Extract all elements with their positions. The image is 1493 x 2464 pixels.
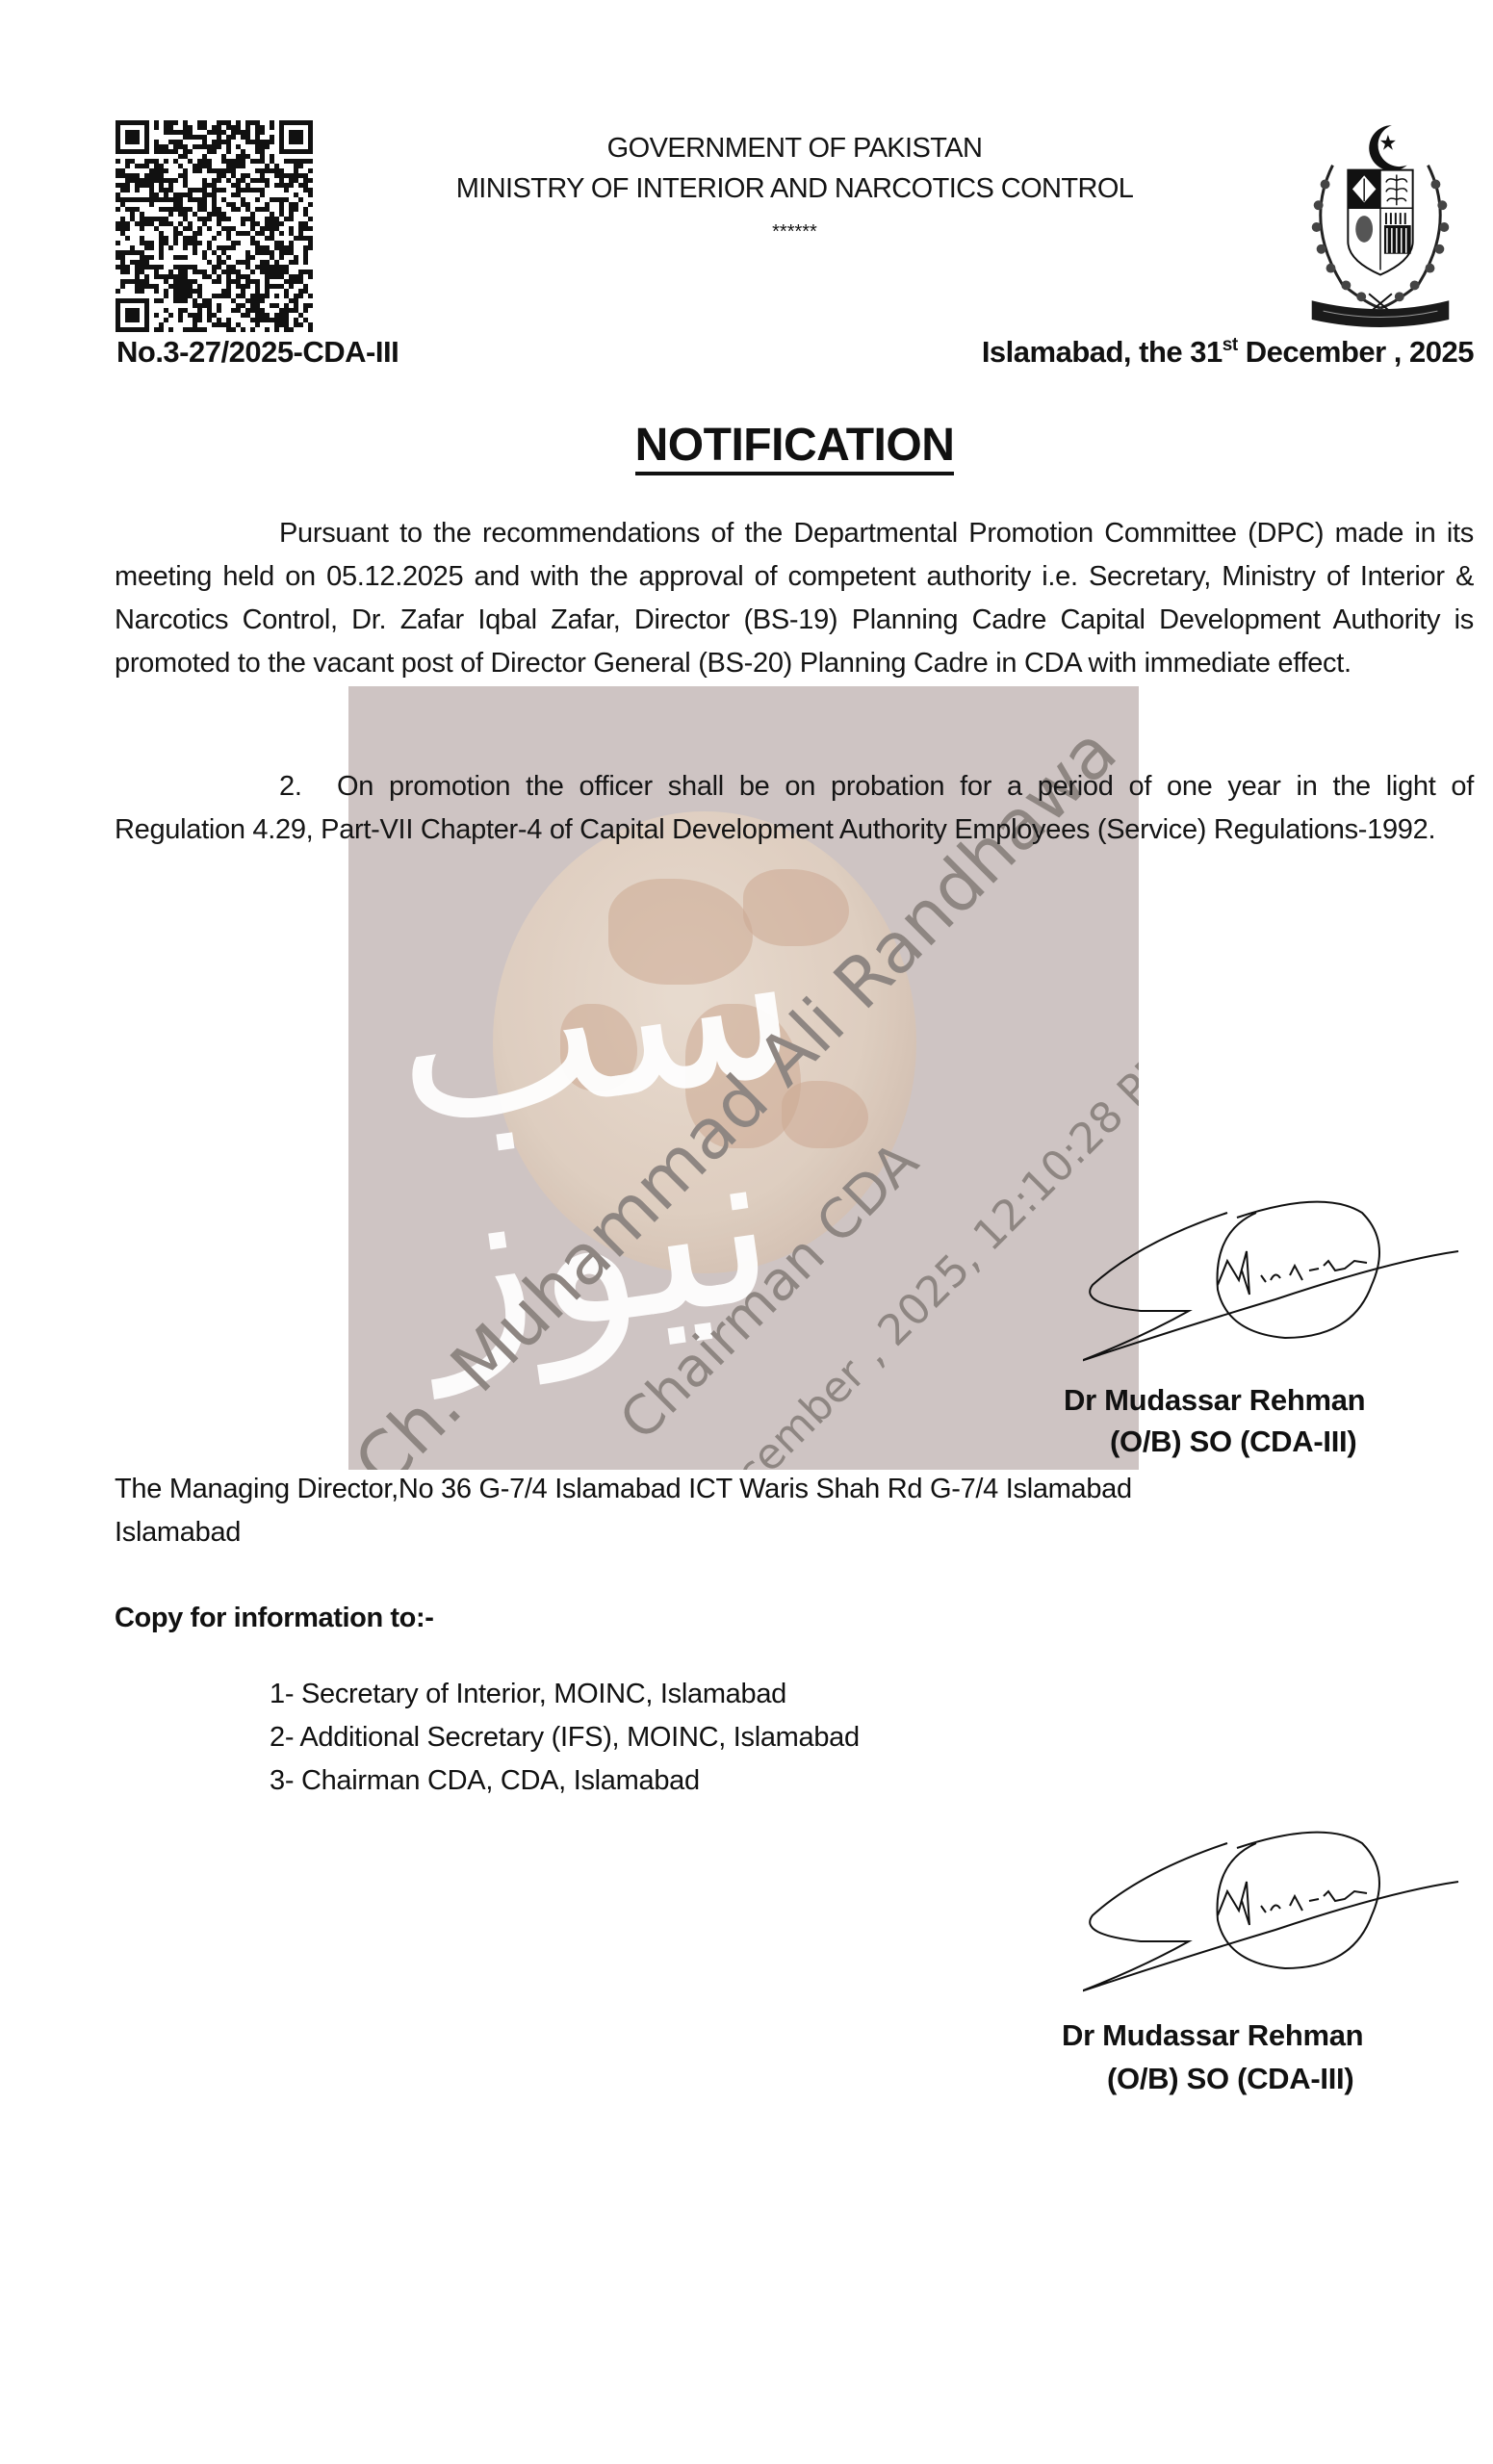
copy-item: 3- Chairman CDA, CDA, Islamabad xyxy=(270,1759,860,1803)
issue-date: Islamabad, the 31st December , 2025 xyxy=(982,335,1474,370)
addressee-line-1: The Managing Director,No 36 G-7/4 Islama… xyxy=(115,1468,1132,1511)
signer-name: Dr Mudassar Rehman xyxy=(1062,2018,1363,2053)
reference-number: No.3-27/2025-CDA-III xyxy=(116,335,399,370)
addressee: The Managing Director,No 36 G-7/4 Islama… xyxy=(115,1468,1132,1554)
addressee-line-2: Islamabad xyxy=(115,1511,1132,1554)
copy-heading: Copy for information to:- xyxy=(115,1603,434,1634)
signer-name: Dr Mudassar Rehman xyxy=(1064,1383,1365,1418)
body-paragraph-2: 2.On promotion the officer shall be on p… xyxy=(115,765,1474,852)
header-government: GOVERNMENT OF PAKISTAN xyxy=(0,133,1493,165)
copy-list: 1- Secretary of Interior, MOINC, Islamab… xyxy=(270,1673,860,1803)
signature-icon xyxy=(1083,1193,1487,1396)
date-rest: December , 2025 xyxy=(1238,335,1474,369)
header-ministry: MINISTRY OF INTERIOR AND NARCOTICS CONTR… xyxy=(0,173,1493,205)
notification-title: NOTIFICATION xyxy=(0,420,1493,475)
title-text: NOTIFICATION xyxy=(635,420,955,475)
date-prefix: Islamabad, the 31 xyxy=(982,335,1223,369)
body-paragraph-1: Pursuant to the recommendations of the D… xyxy=(115,512,1474,685)
signer-designation: (O/B) SO (CDA-III) xyxy=(1110,1424,1356,1459)
copy-item: 1- Secretary of Interior, MOINC, Islamab… xyxy=(270,1673,860,1716)
signature-icon xyxy=(1083,1824,1487,2026)
date-ordinal: st xyxy=(1223,335,1238,355)
copy-item: 2- Additional Secretary (IFS), MOINC, Is… xyxy=(270,1716,860,1759)
header-separator: ****** xyxy=(0,221,1493,244)
signer-designation: (O/B) SO (CDA-III) xyxy=(1107,2062,1353,2096)
paragraph-number: 2. xyxy=(279,765,337,808)
